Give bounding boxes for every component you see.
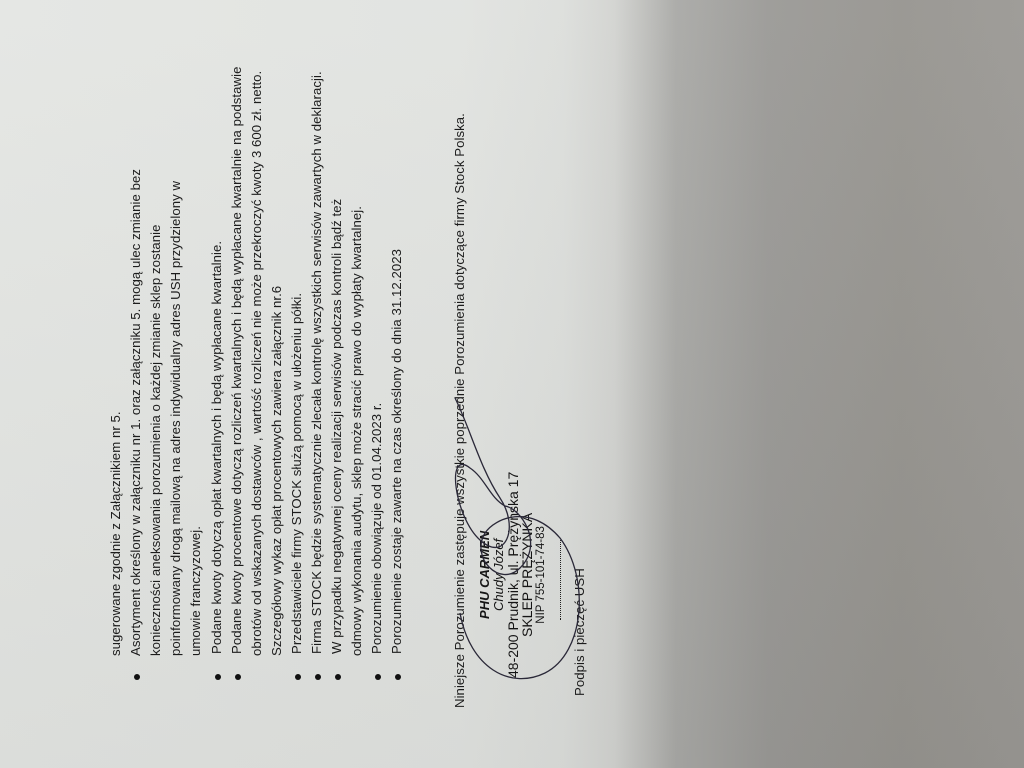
handwritten-signature (0, 0, 1024, 768)
rotated-document-page: sugerowane zgodnie z Załącznikiem nr 5.A… (0, 0, 1024, 768)
